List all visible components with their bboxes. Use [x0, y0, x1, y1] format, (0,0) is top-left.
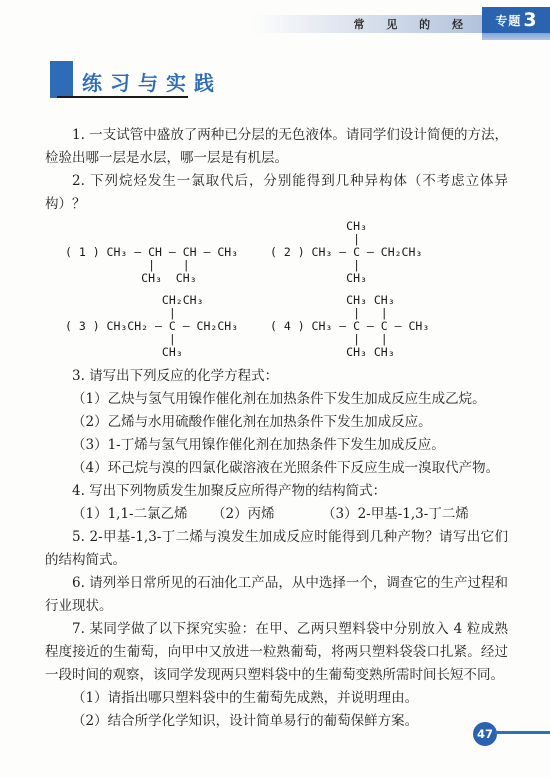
exercise-q7-item-1: （1）请指出哪只塑料袋中的生葡萄先成熟，并说明理由。: [45, 687, 508, 710]
formula-line: CH₃ CH₃: [65, 272, 270, 285]
topic-badge-strip: [482, 33, 550, 40]
formula-line: CH₃: [65, 346, 270, 359]
formula-1: ( 1 ) CH₃ — CH — CH — CH₃ | | CH₃ CH₃: [65, 220, 270, 285]
exercise-q7: 7. 某同学做了以下探究实验：在甲、乙两只塑料袋中分别放入 4 粒成熟程度接近的…: [45, 618, 508, 687]
textbook-page: { "header": { "chapter_title": "常 见 的 烃"…: [0, 0, 550, 778]
q4-option-1: （1）1,1-二氯乙烯: [72, 503, 212, 526]
exercise-q4: 4. 写出下列物质发生加聚反应所得产物的结构简式：: [45, 480, 508, 503]
chapter-header-bar: 常 见 的 烃: [252, 15, 482, 33]
exercise-q4-options: （1）1,1-二氯乙烯 （2）丙烯 （3）2-甲基-1,3-丁二烯: [45, 503, 508, 526]
page-number-badge: 47: [473, 722, 497, 746]
exercise-q7-item-2: （2）结合所学化学知识，设计简单易行的葡萄保鲜方案。: [45, 710, 508, 733]
formula-line: CH₃ CH₃: [270, 346, 508, 359]
topic-badge-label: 专题: [495, 12, 521, 29]
formula-line: CH₃: [270, 272, 508, 285]
topic-badge: 专题 3: [482, 7, 550, 33]
exercise-q2: 2. 下列烷烃发生一氯取代后，分别能得到几种异构体（不考虑立体异构）？: [45, 170, 508, 216]
formula-4: CH₃ CH₃ | | ( 4 ) CH₃ — C — C — CH₃ | | …: [270, 294, 508, 359]
section-title: 练习与实践: [82, 67, 222, 96]
formula-line: [65, 220, 270, 233]
exercise-q3-item-1: （1）乙炔与氢气用镍作催化剂在加热条件下发生加成反应生成乙烷。: [45, 388, 508, 411]
exercise-q6: 6. 请列举日常所见的石油化工产品，从中选择一个，调查它的生产过程和行业现状。: [45, 572, 508, 618]
exercise-q1: 1. 一支试管中盛放了两种已分层的无色液体。请同学们设计简便的方法，检验出哪一层…: [45, 124, 508, 170]
q4-option-2: （2）丙烯: [212, 503, 322, 526]
page-number: 47: [477, 727, 493, 741]
exercise-q3: 3. 请写出下列反应的化学方程式：: [45, 365, 508, 388]
topic-badge-number: 3: [523, 11, 536, 30]
exercise-q3-item-2: （2）乙烯与水用硫酸作催化剂在加热条件下发生加成反应。: [45, 411, 508, 434]
footer-rule: [495, 731, 550, 734]
q4-option-3: （3）2-甲基-1,3-丁二烯: [322, 503, 508, 526]
exercise-q3-item-3: （3）1-丁烯与氢气用镍作催化剂在加热条件下发生加成反应。: [45, 434, 508, 457]
structural-formula-grid: ( 1 ) CH₃ — CH — CH — CH₃ | | CH₃ CH₃ CH…: [65, 220, 508, 359]
exercise-q5: 5. 2-甲基-1,3-丁二烯与溴发生加成反应时能得到几种产物？请写出它们的结构…: [45, 526, 508, 572]
exercise-q3-item-4: （4）环己烷与溴的四氯化碳溶液在光照条件下反应生成一溴取代产物。: [45, 457, 508, 480]
section-title-underline: [57, 96, 188, 98]
section-title-square: [50, 61, 73, 98]
exercise-content: 1. 一支试管中盛放了两种已分层的无色液体。请同学们设计简便的方法，检验出哪一层…: [45, 124, 508, 733]
formula-2: CH₃ | ( 2 ) CH₃ — C — CH₂CH₃ | CH₃: [270, 220, 508, 285]
formula-3: CH₂CH₃ | ( 3 ) CH₃CH₂ — C — CH₂CH₃ | CH₃: [65, 294, 270, 359]
chapter-title: 常 见 的 烃: [354, 16, 473, 32]
